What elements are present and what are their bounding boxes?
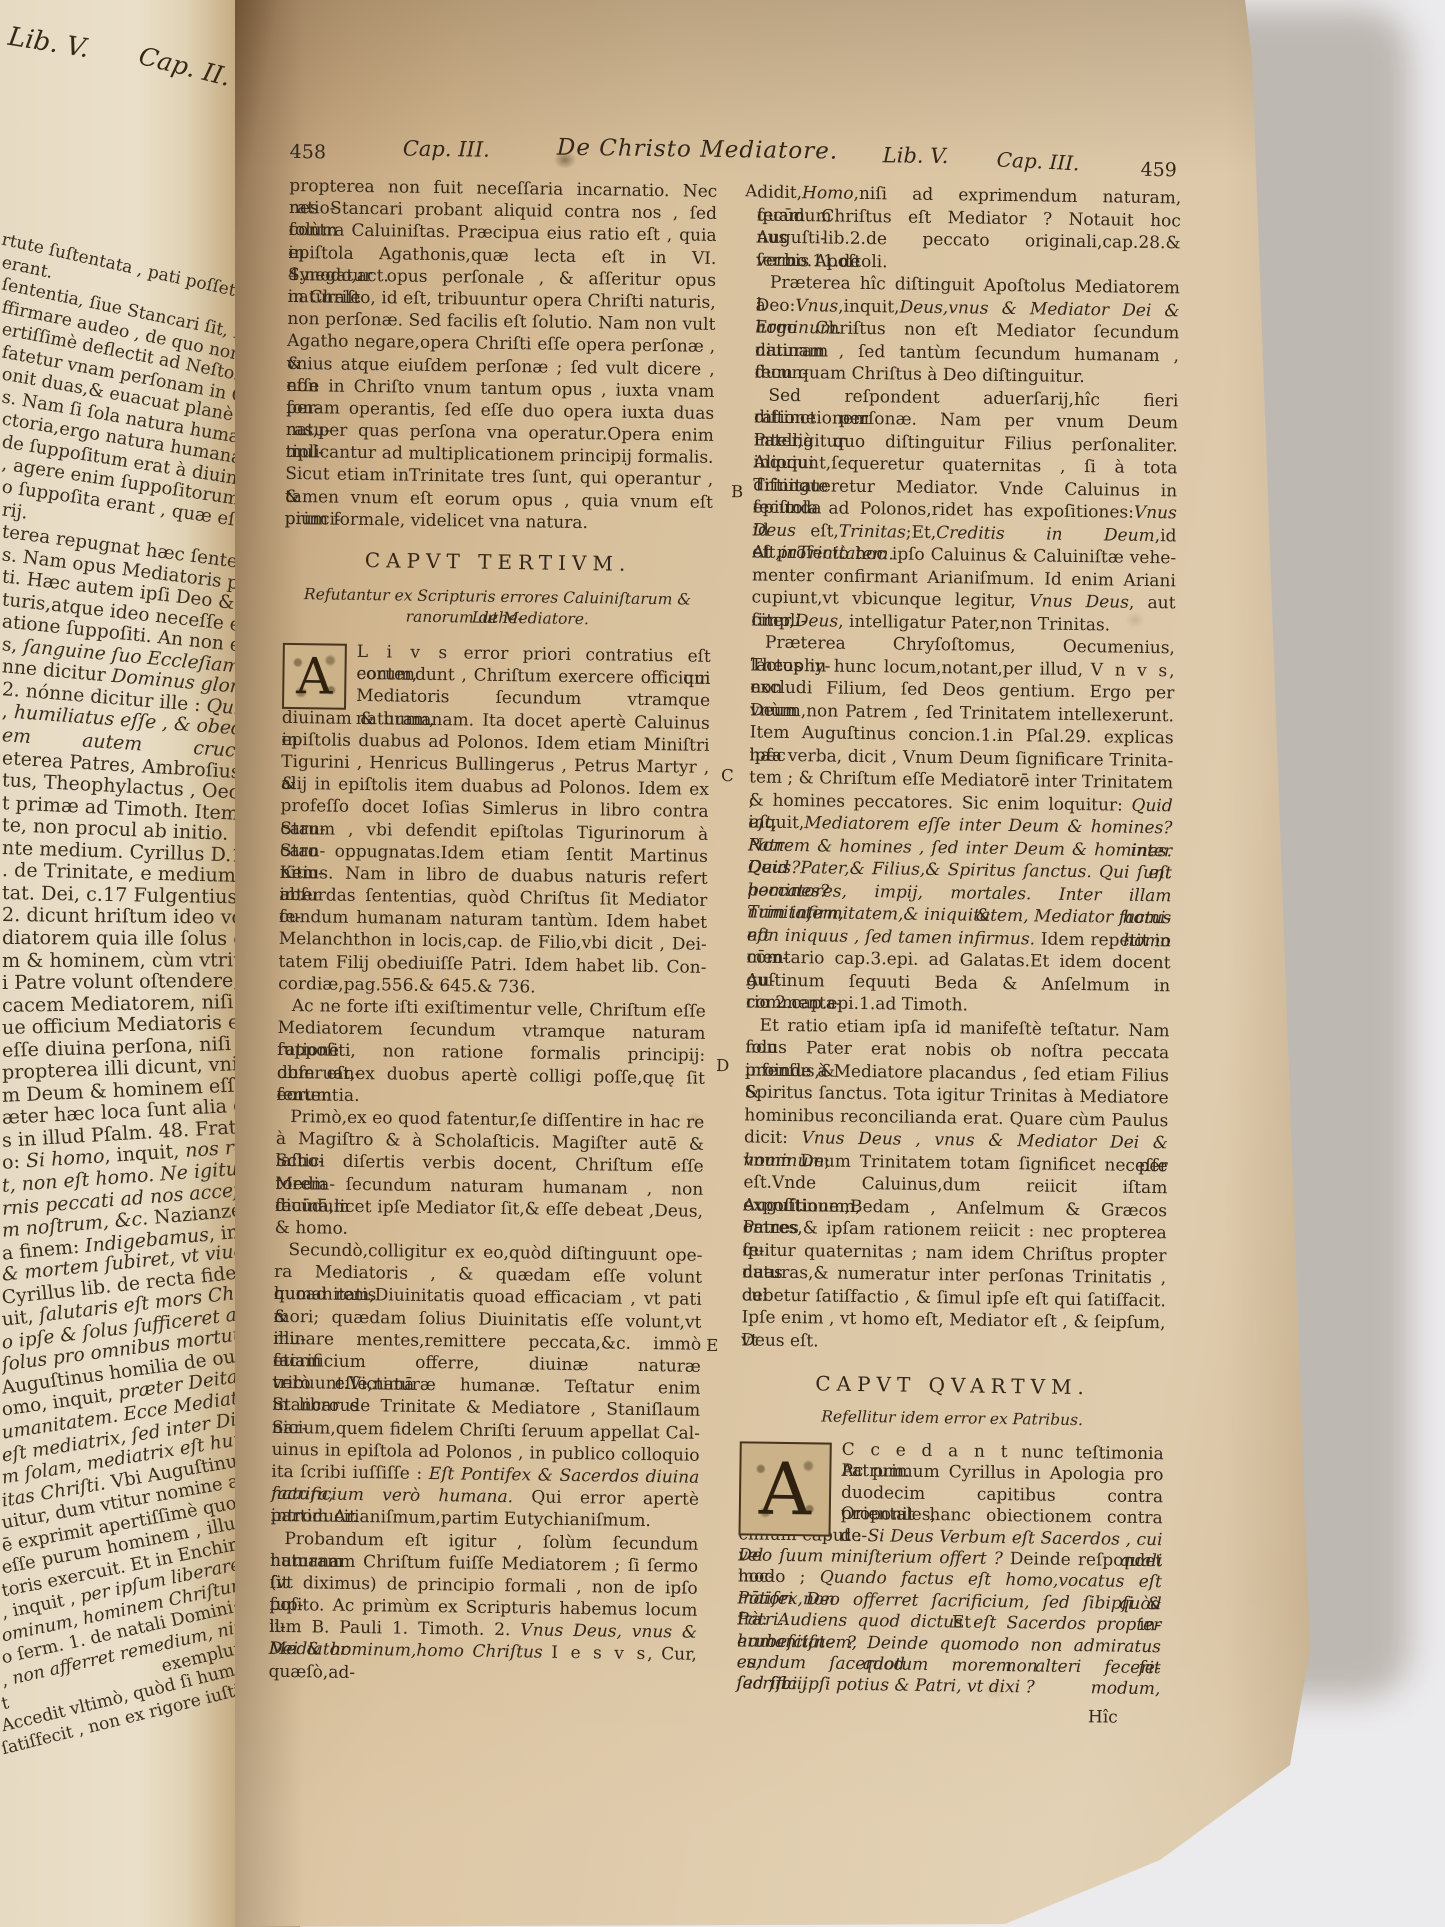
running-header-book: Lib. V. — [883, 143, 949, 168]
text-line: Dei & hominum,homo Chriſtus I e s v s, C… — [269, 1638, 697, 1666]
left-page-text-fragments: rtute ſuſtentata , pati poſſet omerant.ſ… — [0, 228, 262, 1918]
margin-letters: ABCDE — [236, 94, 1246, 108]
left-page-book-label: Lib. V. — [6, 22, 91, 64]
page-number-left: 458 — [290, 141, 327, 164]
left-page-chapter-label: Cap. II. — [136, 41, 234, 92]
catchword: Hîc — [736, 1701, 1160, 1729]
text-column-left: propterea non fuit neceſſaria incarnatio… — [269, 175, 718, 1666]
running-header-chapter-right: Cap. III. — [996, 147, 1080, 175]
book-photo: Lib. V. Cap. II. rtute ſuſtentata , pati… — [0, 0, 1445, 1927]
margin-letter-C: C — [721, 766, 734, 785]
margin-letter-D: D — [716, 1056, 729, 1075]
drop-cap-initial: A — [738, 1441, 831, 1536]
running-header-chapter-left: Cap. III. — [403, 137, 490, 162]
dropcap-paragraph: AC c e d a n t nunc teſtimonia Patrum.Ac… — [736, 1438, 1164, 1701]
drop-cap-initial: A — [282, 643, 347, 710]
text-column-right: didit,Homo,niſi ad exprimendum naturam, … — [736, 181, 1181, 1728]
page-number-right: 459 — [1140, 159, 1177, 182]
margin-letter-B: B — [731, 482, 743, 501]
margin-letter-E: E — [706, 1336, 718, 1355]
margin-letter-A: A — [745, 181, 757, 200]
right-page: 458 Cap. III. De Christo Mediatore. Lib.… — [235, 0, 1385, 1927]
running-header-title: De Christo Mediatore. — [557, 135, 839, 165]
dropcap-paragraph: AL i v s error priori contratius eſt eor… — [278, 640, 711, 1001]
left-page-fragment: diatorem quia ille ſolus eſt ve — [0, 927, 262, 951]
right-page-content: 458 Cap. III. De Christo Mediatore. Lib.… — [211, 94, 1245, 1868]
